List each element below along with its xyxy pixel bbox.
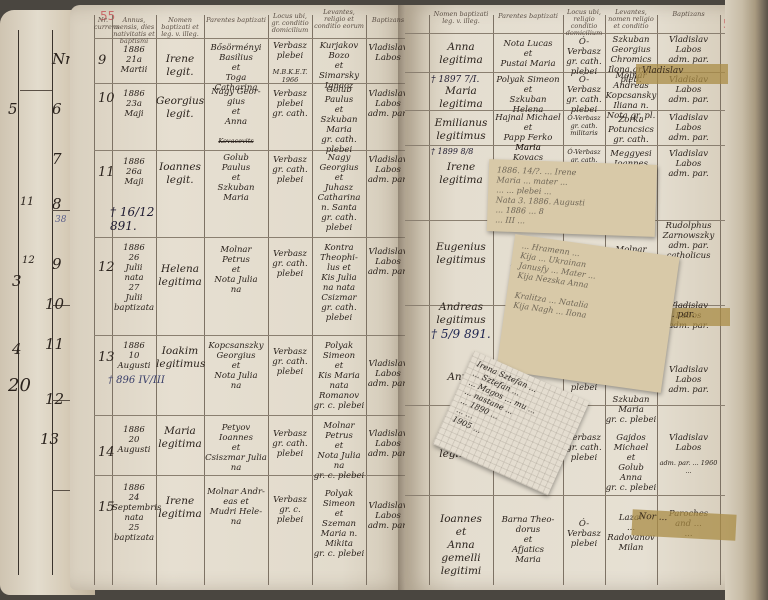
death-mark: † 16/12 891. bbox=[110, 205, 154, 233]
stub-rule bbox=[18, 30, 19, 575]
entry-godparents: Polyak Simeon et Szeman Maria n. Mikita … bbox=[312, 489, 366, 559]
entry-locus: Verbasz plebei bbox=[268, 41, 312, 61]
entry-parents: Nota Lucas et Pustai Maria bbox=[493, 39, 563, 69]
entry-locus: Ó-Verbasz gr. cath. plebei bbox=[563, 75, 605, 115]
death-mark: † 5/9 891. bbox=[431, 327, 491, 341]
entry-child-name: Andreas legitimus bbox=[429, 301, 493, 327]
row-rule bbox=[94, 237, 410, 238]
entry-child-name: Eugenius legitimus bbox=[429, 241, 493, 267]
column-header: Parentes baptizati bbox=[204, 17, 268, 24]
entry-child-name: Maria legitima bbox=[429, 85, 493, 111]
entry-baptizer: Vladislav Labos bbox=[657, 433, 720, 453]
stub-stamp: 38 bbox=[55, 215, 66, 225]
column-header: Levantes, nomen religio et conditio bbox=[605, 9, 657, 30]
stub-number: 6 bbox=[52, 100, 62, 118]
entry-locus: Verbasz gr. cath. plebei bbox=[268, 155, 312, 185]
entry-godparents: Golub Paulus et Szkuban Maria gr. cath. … bbox=[312, 85, 366, 155]
entry-child-name: Ioakim legitimus bbox=[156, 345, 204, 371]
entry-godparents: Kontra Theophi- lus et Kis Julia na nata… bbox=[312, 243, 366, 323]
entry-locus: Verbasz gr. cath. plebei bbox=[268, 347, 312, 377]
stub-number: 7 bbox=[52, 150, 62, 168]
entry-locus-note: M.B.K.E.T. 1966 bbox=[268, 69, 312, 84]
column-rule bbox=[94, 15, 95, 585]
entry-child-name: Irene legitima bbox=[156, 495, 204, 521]
entry-date: 1886 21a Martii bbox=[112, 45, 156, 75]
column-rule bbox=[720, 15, 721, 585]
entry-parents-struck: Kovacevits bbox=[204, 138, 268, 146]
tape-strip: Vladislav bbox=[636, 64, 728, 84]
entry-parents: Nagy Geor- gius et Anna bbox=[204, 87, 268, 127]
entry-parents: Molnar Petrus et Nota Julia na bbox=[204, 245, 268, 295]
stub-number: 8 bbox=[52, 195, 62, 213]
inserted-note: ... Hramenn ... Kija ... Ukrainan Janusf… bbox=[496, 234, 679, 393]
stub-number: 9 bbox=[52, 255, 62, 273]
entry-baptizer-note: adm. par. ... 1960 ... bbox=[657, 460, 720, 475]
column-header: Annus, mensis, dies nativitatis et bapti… bbox=[112, 17, 156, 45]
entry-parents: Kopcsanszky Georgius et Nota Julia na bbox=[204, 341, 268, 391]
entry-locus: Verbasz gr. cath. plebei bbox=[268, 429, 312, 459]
entry-child-name: Irene legit. bbox=[156, 53, 204, 79]
stub-number: 3 bbox=[12, 272, 22, 290]
entry-number: 9 bbox=[98, 53, 106, 68]
stub-number: 5 bbox=[8, 100, 18, 118]
entry-baptizer: Vladislav Labos adm. par. bbox=[657, 149, 720, 179]
entry-godparents: Polyak Simeon et Kis Maria nata Romanov … bbox=[312, 341, 366, 411]
stub-number: 13 bbox=[40, 430, 59, 448]
entry-date: 1886 26 Julii nata 27 Julii baptizata bbox=[112, 243, 156, 313]
stub-number: 12 bbox=[45, 390, 64, 408]
stub-number: 12 bbox=[22, 255, 35, 266]
row-rule bbox=[405, 495, 745, 496]
inserted-note: 1886. 14/?. ... Irene Maria ... mater ..… bbox=[487, 159, 657, 237]
entry-baptizer: Vladislav Labos adm. par. bbox=[657, 365, 720, 395]
row-rule bbox=[405, 145, 745, 146]
death-mark: † 896 IV/III bbox=[108, 375, 165, 386]
tape-strip: Nor ... bbox=[631, 509, 736, 540]
entry-godparents: Szkuban Maria gr. c. plebei bbox=[605, 395, 657, 425]
entry-baptizer: Vladislav Labos adm. par. bbox=[657, 35, 720, 65]
entry-parents: Barna Theo- dorus et Afjatics Maria bbox=[493, 515, 563, 565]
entry-baptizer: Vladislav Labos adm. par. bbox=[657, 113, 720, 143]
entry-date: 1886 23a Maji bbox=[112, 89, 156, 119]
entry-child-name: Ioannes legit. bbox=[156, 161, 204, 187]
entry-child-name: Maria legitima bbox=[156, 425, 204, 451]
stub-number: 11 bbox=[45, 335, 64, 353]
entry-locus: Verbasz gr. c. plebei bbox=[268, 495, 312, 525]
column-header: Parentes baptizati bbox=[493, 13, 563, 20]
entry-parents: Golub Paulus et Szkuban Maria bbox=[204, 153, 268, 203]
entry-godparents: Gajdos Michael et Golub Anna gr. c. pleb… bbox=[605, 433, 657, 493]
register-page-left: 55 Nr. currens Annus, mensis, dies nativ… bbox=[70, 5, 410, 590]
column-header: Baptizans bbox=[657, 11, 720, 18]
entry-child-name: Georgius legit. bbox=[156, 95, 204, 121]
column-header: Nomen baptizati leg. v. illeg. bbox=[429, 11, 493, 25]
entry-child-name: Helena legitima bbox=[156, 263, 204, 289]
entry-parents: Bősörményi Basilius et Toga Catharina bbox=[204, 43, 268, 93]
death-mark: † 1897 7/I. bbox=[431, 75, 479, 85]
stub-number: 20 bbox=[8, 375, 31, 396]
column-header: Locus ubi, gr. conditio domicilium bbox=[268, 13, 312, 34]
entry-locus: Verbasz gr. cath. plebei bbox=[268, 249, 312, 279]
row-rule bbox=[94, 415, 410, 416]
entry-locus: Ó-Verbasz gr. cath. plebei bbox=[563, 37, 605, 77]
entry-godparents: Molnar Petrus et Nota Julia na gr. c. pl… bbox=[312, 421, 366, 481]
column-header: Locus ubi, religio conditio domicilium bbox=[563, 9, 605, 37]
entry-locus: Ó-Verbasz plebei bbox=[563, 519, 605, 549]
entry-godparents: Zorka Potuncsics gr. cath. bbox=[605, 115, 657, 145]
death-mark: † 1899 8/8 bbox=[431, 147, 473, 156]
entry-parents: Polyak Simeon et Szkuban Helena bbox=[493, 75, 563, 115]
stub-number: 4 bbox=[12, 340, 22, 358]
entry-godparents: Kurjakov Bozo et Simarsky Ignacz bbox=[312, 41, 366, 91]
entry-godparents: Nagy Georgius et Juhasz Catharina n. San… bbox=[312, 153, 366, 233]
entry-child-name: Irene legitima bbox=[429, 161, 493, 187]
entry-parents: Petyov Ioannes et Csiszmar Julia na bbox=[204, 423, 268, 473]
column-header: Nr. currens bbox=[94, 17, 112, 31]
entry-date: 1886 10 Augusti bbox=[112, 341, 156, 371]
column-header: Levantes, religio et conditio eorum bbox=[312, 9, 366, 30]
entry-parents: Molnar Andr- eas et Mudri Hele- na bbox=[204, 487, 268, 527]
entry-locus: Ó-Verbasz gr. cath. militaris bbox=[563, 115, 605, 138]
entry-date: 1886 20 Augusti bbox=[112, 425, 156, 455]
stub-rule bbox=[20, 90, 52, 91]
entry-child-name: Ioannes et Anna gemelli legitimi bbox=[429, 513, 493, 578]
entry-child-name: Anna legitima bbox=[429, 41, 493, 67]
column-header: Nomen baptizati et leg. v. illeg. bbox=[156, 17, 204, 38]
stub-number: 11 bbox=[20, 195, 34, 208]
row-rule bbox=[94, 335, 410, 336]
entry-date: 1886 26a Maji bbox=[112, 157, 156, 187]
page-edges bbox=[725, 0, 768, 600]
entry-child-name: Emilianus legitimus bbox=[429, 117, 493, 143]
stub-number: 10 bbox=[45, 295, 64, 313]
entry-locus: Verbasz plebei gr. cath. bbox=[268, 89, 312, 119]
entry-locus: plebei bbox=[563, 383, 605, 393]
entry-date: 1886 24 Septembris nata 25 baptizata bbox=[112, 483, 156, 543]
